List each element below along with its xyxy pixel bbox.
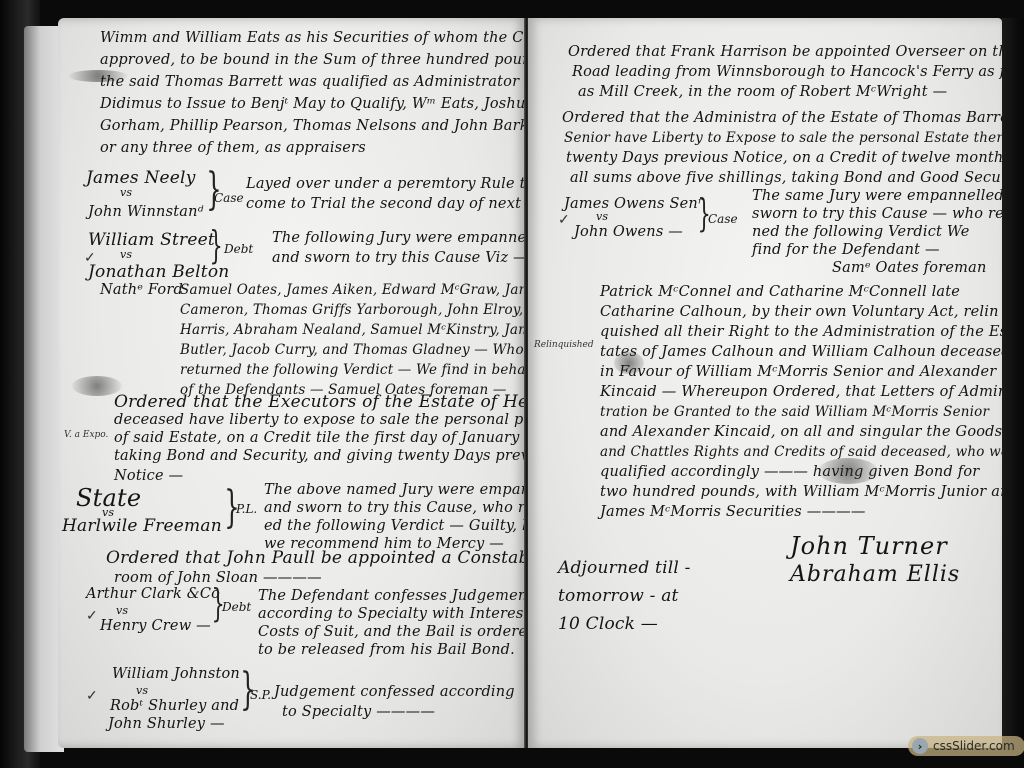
case-text: Judgement confessed according [274,684,515,700]
checkmark-icon: ✓ [558,212,570,228]
margin-note: Relinquished [534,340,594,350]
relinquish-text: James MᶜMorris Securities ———— [600,504,866,520]
watermark-badge[interactable]: › cssSlider.com [908,736,1024,756]
case-text: and sworn to try this Cause Viz — [272,250,528,266]
order-text: Notice — [114,468,183,484]
order-text: deceased have liberty to expose to sale … [114,412,579,428]
case-text: Layed over under a peremtory Rule to [246,176,535,192]
order-text: Ordered that the Administra of the Estat… [562,110,1021,126]
case-defendant: John Winnstanᵈ [88,204,204,220]
order-text: as Mill Creek, in the room of Robert MᶜW… [578,84,947,100]
case-action: Debt [224,242,253,256]
case-text: come to Trial the second day of next ter… [246,196,562,212]
right-page: Ordered that Frank Harrison be appointed… [528,18,1002,748]
case-plaintiff: Arthur Clark &Co [86,586,220,602]
case-text: Costs of Suit, and the Bail is ordered [258,624,537,640]
case-text: The following Jury were empannelled [272,230,554,246]
case-plaintiff: William Johnston [112,666,240,682]
relinquish-text: Catharine Calhoun, by their own Voluntar… [600,304,999,320]
case-action: S.P. [250,688,271,702]
text-line: Didimus to Issue to Benjᵗ May to Qualify… [100,96,534,112]
case-text: ed the following Verdict — Guilty, but [264,518,547,534]
case-brace: } [209,226,222,264]
relinquish-text: Patrick MᶜConnel and Catharine MᶜConnell… [600,284,960,300]
case-text: to be released from his Bail Bond. [258,642,515,658]
case-text: The same Jury were empannelled and [752,188,1024,204]
case-vs: vs [596,210,608,223]
order-text: Ordered that Frank Harrison be appointed… [568,44,1017,60]
margin-note: V. a Expo. [64,430,108,440]
case-brace: } [206,168,221,212]
adjournment-text: 10 Clock — [558,614,658,634]
book-binding-right [1002,18,1024,748]
order-text: of said Estate, on a Credit tile the fir… [114,430,562,446]
relinquish-text: tration be Granted to the said William M… [600,404,989,420]
text-line: Gorham, Phillip Pearson, Thomas Nelsons … [100,118,545,134]
case-text: to Specialty ———— [282,704,435,720]
case-text: and sworn to try this Cause, who return [264,500,566,516]
case-action: Case [214,191,244,205]
relinquish-text: Kincaid — Whereupon Ordered, that Letter… [600,384,1024,400]
signature: John Turner [790,532,948,560]
chevron-right-icon: › [912,738,928,754]
case-text: ned the following Verdict We [752,224,970,240]
signature: Abraham Ellis [790,562,960,587]
relinquish-text: and Alexander Kincaid, on all and singul… [600,424,1002,440]
case-text: The Defendant confesses Judgement [258,588,533,604]
jury-line: returned the following Verdict — We find… [180,362,535,378]
relinquish-text: quished all their Right to the Administr… [600,324,1012,340]
case-action: Case [708,212,738,226]
case-defendant: Harlwile Freeman [62,516,222,536]
ink-smudge [818,458,878,484]
text-line: or any three of them, as appraisers [100,140,366,156]
case-plaintiff: James Owens Senʳ [564,196,703,212]
case-text: sworn to try this Cause — who retur [752,206,1024,222]
checkmark-icon: ✓ [86,688,98,704]
case-vs: vs [120,248,132,261]
jury-line: Butler, Jacob Curry, and Thomas Gladney … [180,342,524,358]
case-text: The above named Jury were empanelled [264,482,567,498]
case-vs: vs [120,186,132,199]
adjournment-text: Adjourned till - [558,558,691,578]
order-text: all sums above five shillings, taking Bo… [570,170,1024,186]
case-defendant: Jonathan Belton [88,262,229,282]
jury-line: Samuel Oates, James Aiken, Edward MᶜGraw… [180,282,547,298]
order-text: Road leading from Winnsborough to Hancoc… [572,64,1021,80]
case-defendant: Henry Crew — [100,618,211,634]
case-plaintiff: William Street [88,230,215,250]
left-page: Wimm and William Eats as his Securities … [58,18,526,748]
jury-line: Harris, Abraham Nealand, Samuel MᶜKinstr… [180,322,547,338]
case-defendant: John Owens — [574,224,683,240]
order-text: Senior have Liberty to Expose to sale th… [564,130,1024,146]
case-text: according to Specialty with Interest & [258,606,548,622]
text-line: the said Thomas Barrett was qualified as… [100,74,566,90]
relinquish-text: in Favour of William MᶜMorris Senior and… [600,364,996,380]
relinquish-text: tates of James Calhoun and William Calho… [600,344,1011,360]
case-action: Debt [222,600,251,614]
case-action: P.L. [236,502,257,516]
checkmark-icon: ✓ [86,608,98,624]
case-text: find for the Defendant — [752,242,940,258]
case-defendant: Nathᵉ Ford [100,282,183,298]
relinquish-text: two hundred pounds, with William MᶜMorri… [600,484,1019,500]
watermark-label: cssSlider.com [933,739,1015,753]
case-defendant: John Shurley — [108,716,225,732]
order-text: taking Bond and Security, and giving twe… [114,448,560,464]
relinquish-text: qualified accordingly ——— having given B… [600,464,979,480]
case-defendant: Robᵗ Shurley and [110,698,239,714]
case-vs: vs [116,604,128,617]
case-vs: vs [136,684,148,697]
case-foreman: Samᵉ Oates foreman [832,260,986,276]
relinquish-text: and Chattles Rights and Credits of said … [600,444,1024,460]
case-plaintiff: James Neely [86,168,196,188]
order-text: twenty Days previous Notice, on a Credit… [566,150,1024,166]
adjournment-text: tomorrow - at [558,586,679,606]
jury-line: Cameron, Thomas Griffs Yarborough, John … [180,302,560,318]
text-line: Wimm and William Eats as his Securities … [100,30,555,46]
